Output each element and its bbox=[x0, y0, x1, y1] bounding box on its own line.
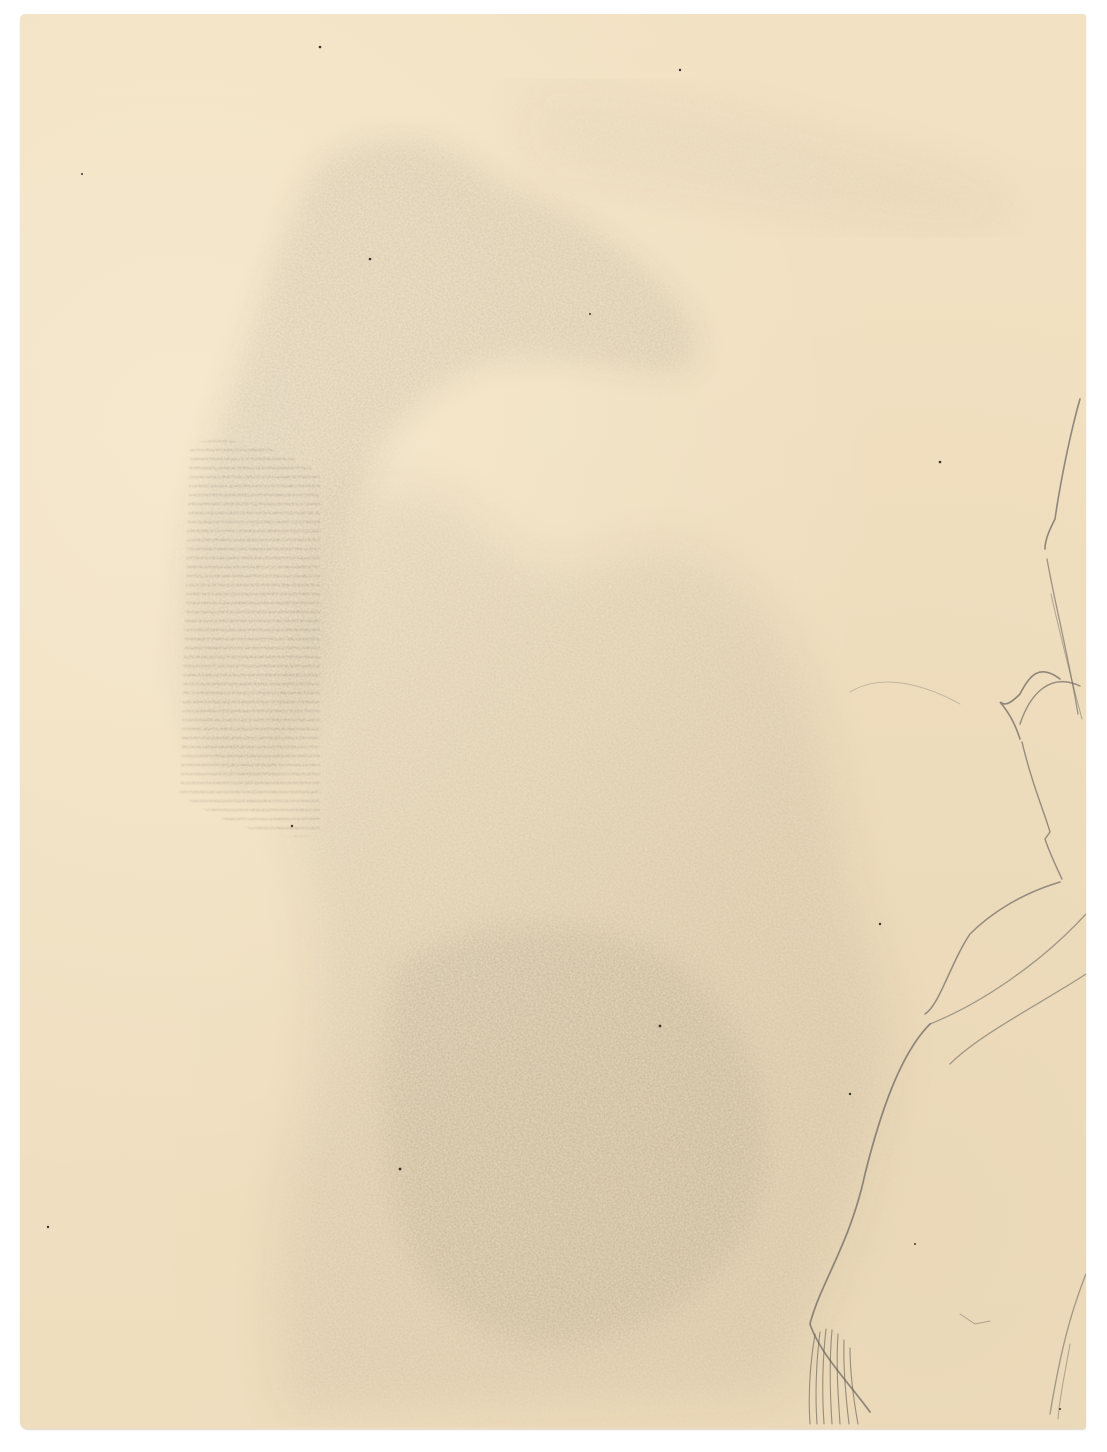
graphite-drawing bbox=[20, 14, 1086, 1429]
graphite-smudge-lower bbox=[280, 490, 888, 1414]
pencil-hatching-bottom bbox=[809, 1329, 858, 1424]
paper-sheet bbox=[20, 14, 1086, 1429]
